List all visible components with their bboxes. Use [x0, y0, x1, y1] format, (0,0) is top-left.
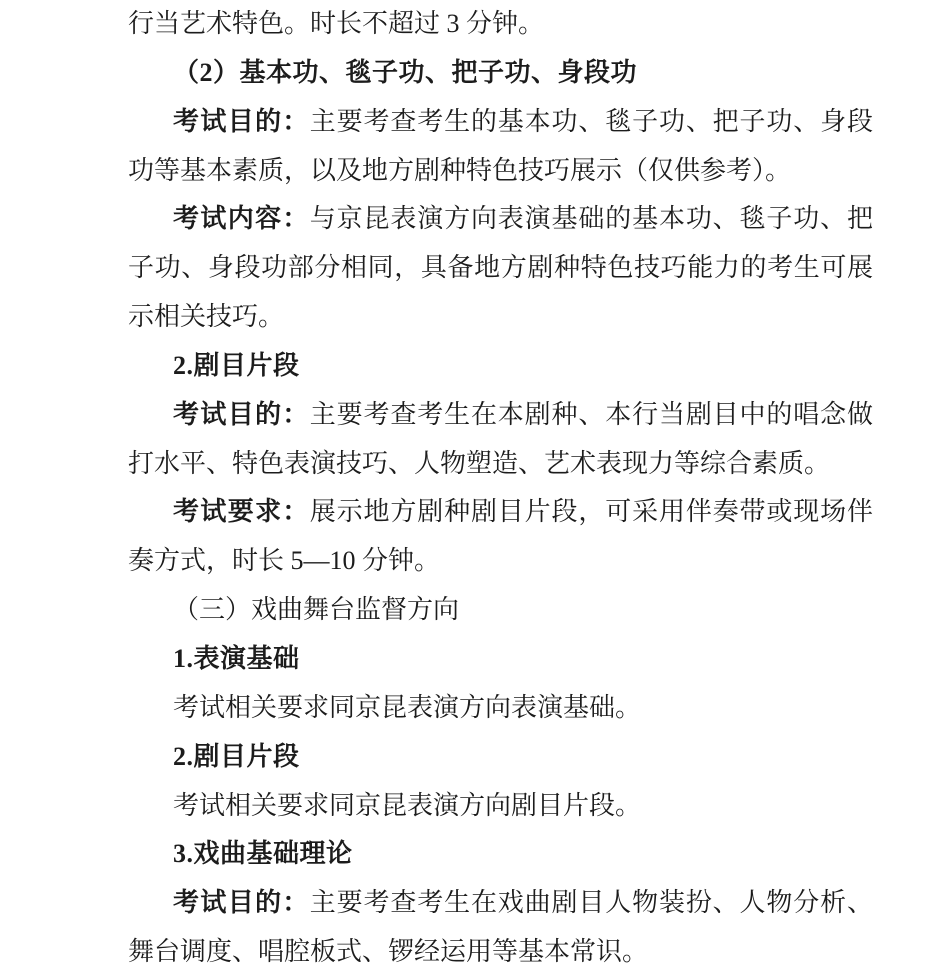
line-text: 考试相关要求同京昆表演方向表演基础。	[173, 693, 641, 722]
heading-opera-basic-theory: 3.戏曲基础理论	[128, 830, 873, 879]
line-text: 打水平、特色表演技巧、人物塑造、艺术表现力等综合素质。	[128, 449, 830, 478]
emphasis-label: 考试目的：	[173, 888, 310, 917]
heading-basic-skills: （2）基本功、毯子功、把子功、身段功	[128, 49, 873, 98]
line-text: 舞台调度、唱腔板式、锣经运用等基本常识。	[128, 937, 648, 966]
line-text: 主要考查考生的基本功、毯子功、把子功、身段	[310, 107, 873, 136]
emphasis-label: 考试目的：	[173, 400, 310, 429]
line-text: （三）戏曲舞台监督方向	[173, 595, 459, 624]
para-exam-purpose-repertoire-line2: 打水平、特色表演技巧、人物塑造、艺术表现力等综合素质。	[128, 440, 873, 489]
line-text: 奏方式，时长 5—10 分钟。	[128, 546, 440, 575]
para-exam-purpose-repertoire-line1: 考试目的：主要考查考生在本剧种、本行当剧目中的唱念做	[128, 391, 873, 440]
emphasis-label: 1.表演基础	[173, 644, 300, 673]
emphasis-label: 考试目的：	[173, 107, 310, 136]
line-text: 主要考查考生在本剧种、本行当剧目中的唱念做	[310, 400, 873, 429]
para-exam-purpose-basics-line2: 功等基本素质，以及地方剧种特色技巧展示（仅供参考）。	[128, 147, 873, 196]
line-text: 子功、身段功部分相同，具备地方剧种特色技巧能力的考生可展	[128, 253, 873, 282]
para-exam-content-line3: 示相关技巧。	[128, 293, 873, 342]
para-performance-basics-note: 考试相关要求同京昆表演方向表演基础。	[128, 684, 873, 733]
heading-performance-basics: 1.表演基础	[128, 635, 873, 684]
heading-stage-supervision-direction: （三）戏曲舞台监督方向	[128, 586, 873, 635]
emphasis-label: 考试内容：	[173, 204, 310, 233]
para-exam-content-line2: 子功、身段功部分相同，具备地方剧种特色技巧能力的考生可展	[128, 244, 873, 293]
para-exam-purpose-theory-line2: 舞台调度、唱腔板式、锣经运用等基本常识。	[128, 928, 873, 977]
line-text: 示相关技巧。	[128, 302, 284, 331]
para-exam-purpose-theory-line1: 考试目的：主要考查考生在戏曲剧目人物装扮、人物分析、	[128, 879, 873, 928]
para-exam-content-line1: 考试内容：与京昆表演方向表演基础的基本功、毯子功、把	[128, 195, 873, 244]
heading-repertoire-fragment-2: 2.剧目片段	[128, 733, 873, 782]
emphasis-label: 3.戏曲基础理论	[173, 839, 353, 868]
para-exam-purpose-basics-line1: 考试目的：主要考查考生的基本功、毯子功、把子功、身段	[128, 98, 873, 147]
heading-repertoire-fragment: 2.剧目片段	[128, 342, 873, 391]
emphasis-label: 考试要求：	[173, 497, 310, 526]
emphasis-label: 2.剧目片段	[173, 742, 300, 771]
para-exam-requirement-line1: 考试要求：展示地方剧种剧目片段，可采用伴奏带或现场伴	[128, 488, 873, 537]
line-text: 主要考查考生在戏曲剧目人物装扮、人物分析、	[310, 888, 873, 917]
para-repertoire-fragment-note: 考试相关要求同京昆表演方向剧目片段。	[128, 782, 873, 831]
document-page: 行当艺术特色。时长不超过 3 分钟。 （2）基本功、毯子功、把子功、身段功 考试…	[0, 0, 952, 977]
emphasis-label: 2.剧目片段	[173, 351, 300, 380]
emphasis-label: （2）基本功、毯子功、把子功、身段功	[173, 58, 637, 87]
para-art-features-line: 行当艺术特色。时长不超过 3 分钟。	[128, 0, 873, 49]
para-exam-requirement-line2: 奏方式，时长 5—10 分钟。	[128, 537, 873, 586]
line-text: 考试相关要求同京昆表演方向剧目片段。	[173, 791, 641, 820]
line-text: 与京昆表演方向表演基础的基本功、毯子功、把	[310, 204, 873, 233]
line-text: 展示地方剧种剧目片段，可采用伴奏带或现场伴	[310, 497, 873, 526]
line-text: 功等基本素质，以及地方剧种特色技巧展示（仅供参考）。	[128, 156, 791, 185]
line-text: 行当艺术特色。时长不超过 3 分钟。	[128, 9, 544, 38]
